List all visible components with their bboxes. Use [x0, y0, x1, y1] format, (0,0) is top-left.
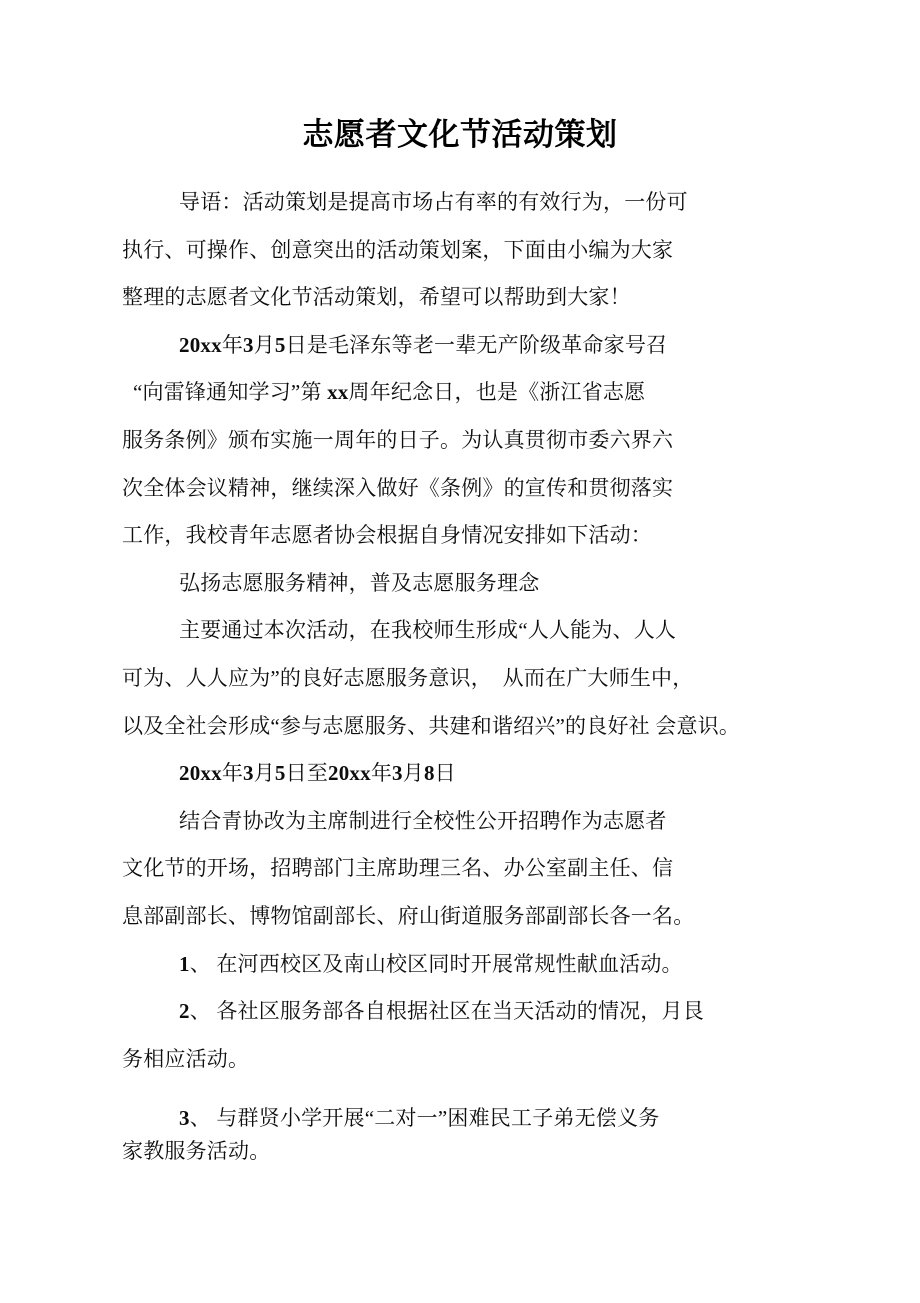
text-line: 弘扬志愿服务精神，普及志愿服务理念 [122, 560, 762, 608]
text-line: 工作，我校青年志愿者协会根据自身情况安排如下活动： [122, 512, 762, 560]
text-line: 可为、人人应为”的良好志愿服务意识， 从而在广大师生中， [122, 655, 762, 703]
text-line: 务相应活动。 [122, 1036, 762, 1084]
text-line: 次全体会议精神，继续深入做好《条例》的宣传和贯彻落实 [122, 465, 762, 513]
text-line: 结合青协改为主席制进行全校性公开招聘作为志愿者 [122, 798, 762, 846]
document-body: 导语：活动策划是提高市场占有率的有效行为，一份可执行、可操作、创意突出的活动策划… [122, 179, 762, 1168]
text-line: 导语：活动策划是提高市场占有率的有效行为，一份可 [122, 179, 762, 227]
text-line: 主要通过本次活动，在我校师生形成“人人能为、人人 [122, 607, 762, 655]
document-title: 志愿者文化节活动策划 [0, 0, 920, 156]
text-line: 文化节的开场，招聘部门主席助理三名、办公室副主任、信 [122, 845, 762, 893]
text-line: 服务条例》颁布实施一周年的日子。为认真贯彻市委六界六 [122, 417, 762, 465]
text-line: 2、 各社区服务部各自根据社区在当天活动的情况，月艮 [122, 988, 762, 1036]
text-line: 家教服务活动。 [122, 1135, 762, 1168]
text-line: 1、 在河西校区及南山校区同时开展常规性献血活动。 [122, 941, 762, 989]
text-line: 执行、可操作、创意突出的活动策划案，下面由小编为大家 [122, 227, 762, 275]
document-page: 志愿者文化节活动策划 导语：活动策划是提高市场占有率的有效行为，一份可执行、可操… [0, 0, 920, 1303]
text-line: 以及全社会形成“参与志愿服务、共建和谐绍兴”的良好社 会意识。 [122, 703, 762, 751]
text-line: 20xx年3月5日至20xx年3月8日 [122, 750, 762, 798]
text-line: “向雷锋通知学习”第 xx周年纪念日，也是《浙江省志愿 [122, 369, 762, 417]
text-line: 息部副部长、博物馆副部长、府山街道服务部副部长各一名。 [122, 893, 762, 941]
text-line: 整理的志愿者文化节活动策划，希望可以帮助到大家！ [122, 274, 762, 322]
text-line: 3、 与群贤小学开展“二对一”困难民工子弟无偿义务 [122, 1102, 762, 1135]
text-line: 20xx年3月5日是毛泽东等老一辈无产阶级革命家号召 [122, 322, 762, 370]
